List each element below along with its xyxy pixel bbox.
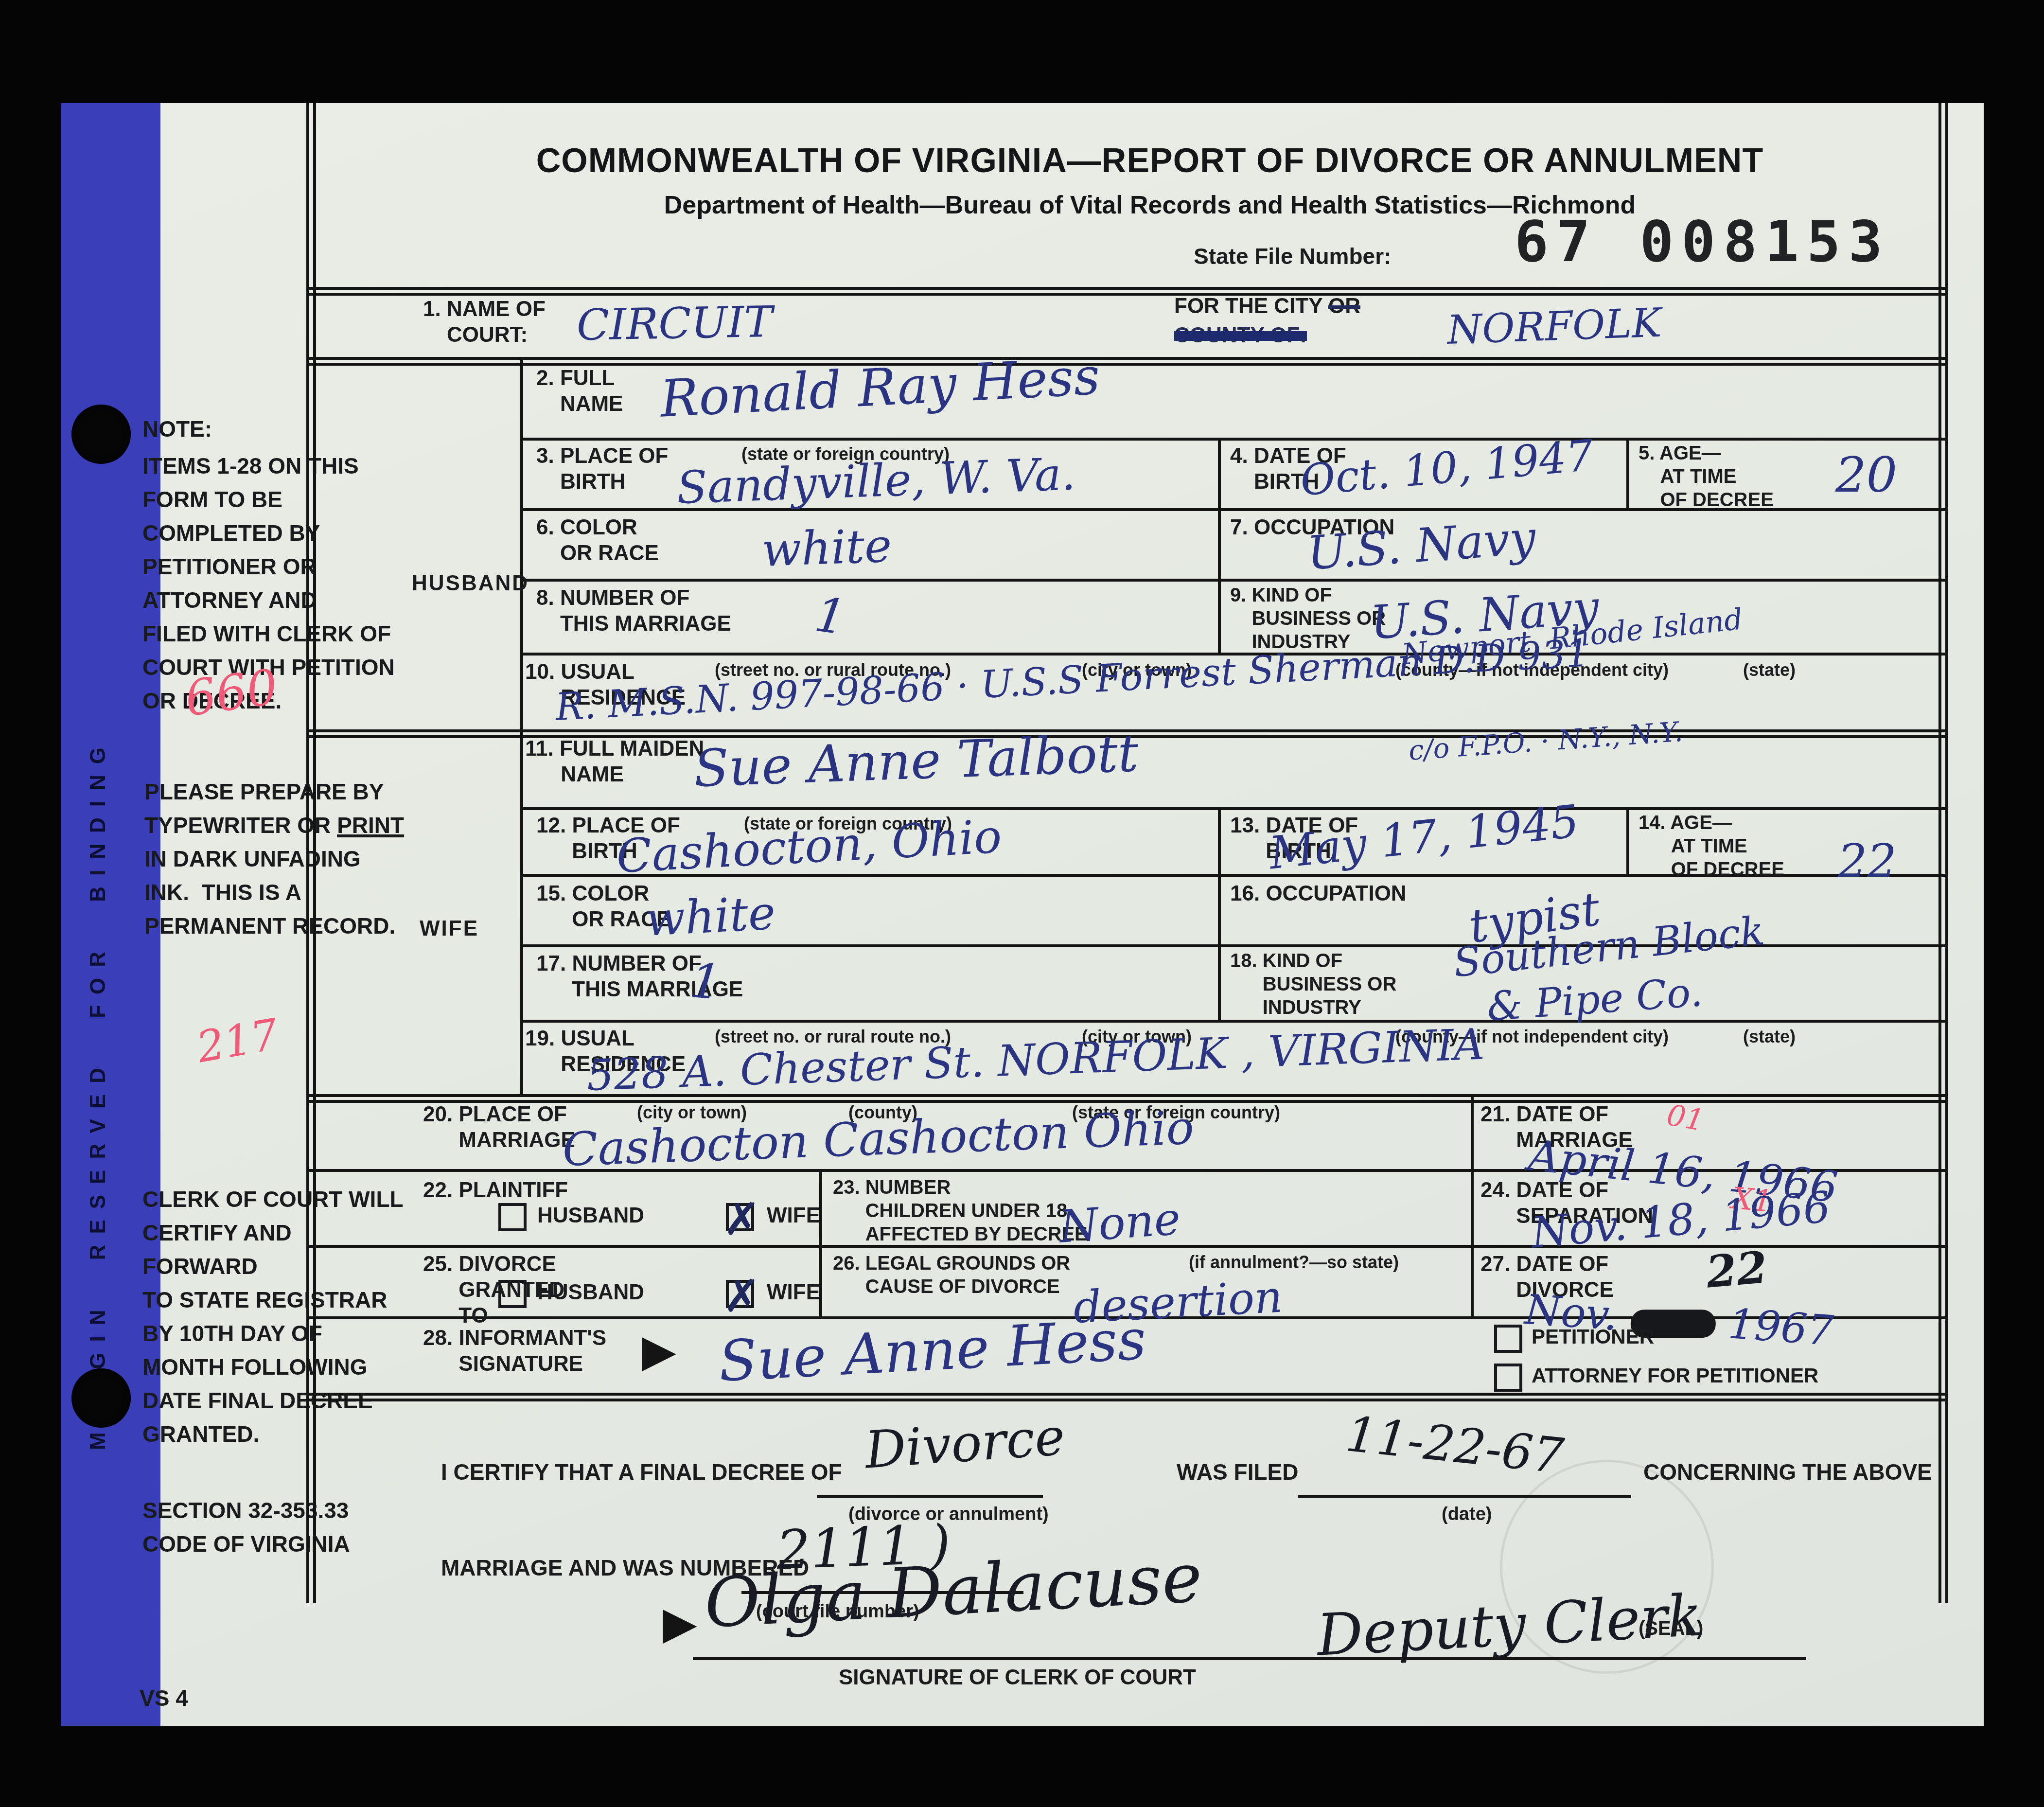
prepare-note-print-word: PRINT	[337, 813, 404, 838]
filed-date-value: 11-22-67	[1343, 1405, 1567, 1485]
husband-pob-value: Sandyville, W. Va.	[676, 448, 1076, 514]
wife-industry-label: 18. KIND OF BUSINESS OR INDUSTRY	[1230, 949, 1396, 1019]
wife-occupation-label: 16. OCCUPATION	[1230, 881, 1407, 907]
children-value: None	[1057, 1193, 1182, 1253]
granted-husband-checkbox	[498, 1280, 527, 1308]
certify-text-b: WAS FILED	[1177, 1459, 1298, 1486]
clerk-signature-arrow-icon: ▶	[663, 1597, 697, 1649]
petitioner-checkbox	[1494, 1325, 1522, 1353]
rule	[520, 438, 1947, 441]
rule	[520, 1020, 1947, 1023]
form-title: COMMONWEALTH OF VIRGINIA—REPORT OF DIVOR…	[362, 142, 1938, 179]
court-name-label: 1. NAME OF COURT:	[423, 297, 546, 348]
divorce-date-post: 1967	[1714, 1299, 1835, 1355]
rule-double	[306, 287, 1947, 296]
wife-age-label: 14. AGE— AT TIME OF DECREE	[1639, 811, 1784, 881]
husband-marriage-no-label: 8. NUMBER OF THIS MARRIAGE	[536, 585, 731, 637]
filed-underline	[1298, 1495, 1631, 1498]
state-file-label: State File Number:	[1194, 243, 1391, 270]
decree-underline	[817, 1495, 1043, 1498]
gutter-divider	[520, 357, 523, 1094]
husband-pob-label: 3. PLACE OF BIRTH	[536, 443, 668, 495]
wife-residence-red-code: 217	[193, 1009, 282, 1073]
clerk-signature-line	[693, 1657, 1806, 1660]
rule-double	[306, 357, 1947, 366]
granted-wife-option: WIFE	[767, 1280, 820, 1306]
husband-dob-value: Oct. 10, 1947	[1298, 430, 1595, 505]
husband-section-label: HUSBAND	[412, 571, 529, 597]
check-mark: ✗	[723, 1193, 760, 1245]
attorney-checkbox	[1494, 1364, 1522, 1392]
form-right-border	[1938, 103, 1948, 1603]
punch-hole-bottom	[71, 1368, 131, 1428]
plaintiff-wife-checkbox: ✗	[726, 1203, 754, 1231]
date-of-divorce-ink-code: 22	[1704, 1241, 1769, 1298]
column-divider	[1626, 807, 1629, 874]
attorney-option: ATTORNEY FOR PETITIONER	[1532, 1364, 1818, 1388]
place-of-marriage-label: 20. PLACE OF MARRIAGE	[423, 1102, 575, 1153]
decree-value: Divorce	[863, 1407, 1067, 1480]
husband-residence-value: R. M.S.N. 997-98-66 · U.S.S Forrest Sher…	[554, 632, 1591, 729]
margin-section-note: SECTION 32-353.33 CODE OF VIRGINIA	[142, 1494, 405, 1561]
informant-arrow-icon: ▶	[642, 1325, 676, 1377]
husband-age-value: 20	[1835, 446, 1897, 503]
informant-signature-value: Sue Anne Hess	[717, 1307, 1147, 1395]
column-divider	[1218, 807, 1221, 1020]
certify-text-c: CONCERNING THE ABOVE	[1643, 1459, 1932, 1486]
certify-text-a: I CERTIFY THAT A FINAL DECREE OF	[441, 1459, 842, 1486]
husband-race-label: 6. COLOR OR RACE	[536, 515, 659, 567]
or-word-struck: OR	[1328, 294, 1360, 318]
granted-wife-checkbox: ✗	[726, 1280, 754, 1308]
form-paper: MARGIN RESERVED FOR BINDING NOTE: ITEMS …	[61, 103, 1984, 1726]
legal-grounds-label: 26. LEGAL GROUNDS OR CAUSE OF DIVORCE	[833, 1252, 1070, 1298]
wife-residence-state-sub: (state)	[1743, 1027, 1796, 1046]
scanned-document: MARGIN RESERVED FOR BINDING NOTE: ITEMS …	[0, 0, 2044, 1807]
granted-husband-option: HUSBAND	[537, 1280, 644, 1306]
court-name-value: CIRCUIT	[576, 297, 773, 350]
form-left-border	[306, 103, 316, 1603]
husband-marriage-no-value: 1	[811, 587, 849, 646]
children-label: 23. NUMBER CHILDREN UNDER 18 AFFECTED BY…	[833, 1176, 1088, 1246]
wife-race-value: white	[644, 886, 777, 947]
husband-full-name-label: 2. FULL NAME	[536, 366, 623, 417]
husband-residence-state-sub: (state)	[1743, 660, 1796, 680]
wife-marriage-no-value: 1	[688, 953, 723, 1011]
column-divider	[1218, 438, 1221, 653]
column-divider	[1626, 438, 1629, 508]
form-code: VS 4	[140, 1682, 188, 1715]
court-city-value: NORFOLK	[1446, 300, 1662, 354]
rule-double	[306, 1393, 1947, 1401]
annulment-sub: (if annulment?—so state)	[1189, 1253, 1399, 1272]
wife-section-label: WIFE	[420, 916, 479, 942]
for-city-label: FOR THE CITY OR	[1174, 294, 1360, 319]
rule	[520, 807, 1947, 810]
husband-race-value: white	[761, 519, 893, 577]
informant-signature-label: 28. INFORMANT'S SIGNATURE	[423, 1326, 606, 1377]
petitioner-option: PETITIONER	[1532, 1325, 1654, 1349]
prepare-note-b: IN DARK UNFADING INK. THIS IS A PERMANEN…	[144, 846, 395, 939]
margin-prepare-note: PLEASE PREPARE BY TYPEWRITER OR PRINT IN…	[144, 775, 407, 943]
state-file-number: 67 008153	[1515, 209, 1890, 275]
clerk-signature-caption: SIGNATURE OF CLERK OF COURT	[839, 1665, 1196, 1691]
filed-sub: (date)	[1442, 1505, 1492, 1525]
plaintiff-label: 22. PLAINTIFF	[423, 1178, 568, 1204]
date-of-marriage-red-code: 01	[1664, 1098, 1707, 1138]
for-city-text: FOR THE CITY	[1174, 294, 1328, 318]
plaintiff-wife-option: WIFE	[767, 1203, 820, 1229]
punch-hole-top	[71, 405, 131, 464]
plaintiff-husband-checkbox	[498, 1203, 527, 1231]
margin-note-title: NOTE:	[142, 412, 212, 446]
county-of-struck: COUNTY OF:	[1174, 323, 1307, 349]
seal-label: (SEAL)	[1639, 1618, 1703, 1639]
wife-age-value: 22	[1838, 835, 1897, 888]
plaintiff-husband-option: HUSBAND	[537, 1203, 644, 1229]
binding-margin-text: MARGIN RESERVED FOR BINDING	[86, 487, 110, 1450]
check-mark: ✗	[723, 1270, 760, 1322]
husband-age-label: 5. AGE— AT TIME OF DECREE	[1639, 442, 1774, 512]
husband-residence-overflow-value: c/o F.P.O. · N.Y., N.Y.	[1408, 716, 1684, 767]
column-divider	[1471, 1094, 1474, 1316]
wife-maiden-label: 11. FULL MAIDEN NAME	[525, 736, 704, 788]
rule	[520, 579, 1947, 582]
